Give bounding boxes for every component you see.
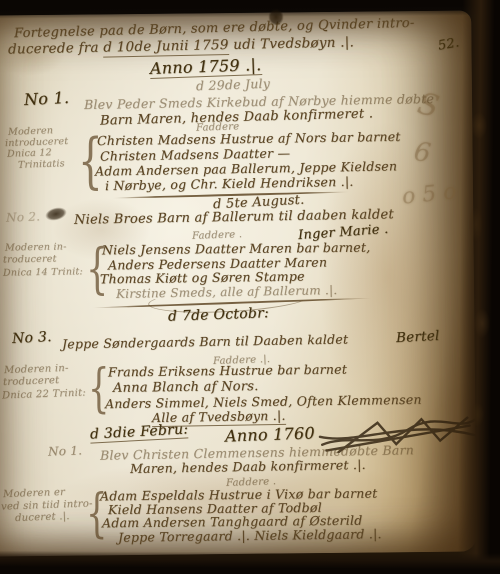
photo-border-bottom bbox=[0, 551, 500, 574]
year-heading-1760: Anno 1760 bbox=[225, 425, 315, 444]
manuscript-photo: S 6 o 5 o Fortegnelse paa de Børn, som e… bbox=[0, 0, 500, 574]
entry2-witness: Niels Jensens Daatter Maren bar barnet, bbox=[102, 242, 371, 257]
entry3-number: No 3. bbox=[12, 330, 52, 346]
entry2-margin-note: Moderen in- bbox=[5, 242, 67, 253]
page-number: 52. bbox=[437, 36, 460, 53]
entry2-margin-note: troduceret bbox=[3, 255, 57, 265]
title-line2-pre: ducerede fra bbox=[8, 40, 104, 58]
entry1-margin-note: Trinitatis bbox=[18, 159, 65, 170]
entry2-number: No 2. bbox=[6, 210, 41, 223]
entry2-margin-note: Dnica 14 Trinit: bbox=[3, 267, 83, 278]
entry4-margin-note: duceret .|. bbox=[15, 512, 70, 524]
entry3-date: d 7de Octobr: bbox=[168, 306, 269, 324]
title-line2-post: udi Tvedsbøyn .|. bbox=[228, 34, 354, 53]
entry1-margin-note: Moderen bbox=[8, 126, 53, 137]
entry1-number: No 1. bbox=[24, 90, 70, 108]
bleedthrough-mark: 6 bbox=[412, 137, 433, 169]
entry1-margin-note: Dnica 12 bbox=[7, 148, 52, 159]
entry1-date: d 29de July bbox=[196, 78, 271, 93]
entry3-witness: Anna Blanch af Nors. bbox=[113, 380, 259, 395]
entry3-child-name: Bertel bbox=[396, 330, 440, 346]
spine-texture bbox=[464, 80, 494, 460]
entry3-witness: Frands Eriksens Hustrue bar barnet bbox=[108, 364, 347, 379]
entry3-margin-note: troduceret bbox=[3, 376, 60, 388]
entry4-number: No 1. bbox=[48, 444, 83, 457]
start-date: d 10de Junii 1759 bbox=[103, 37, 229, 58]
